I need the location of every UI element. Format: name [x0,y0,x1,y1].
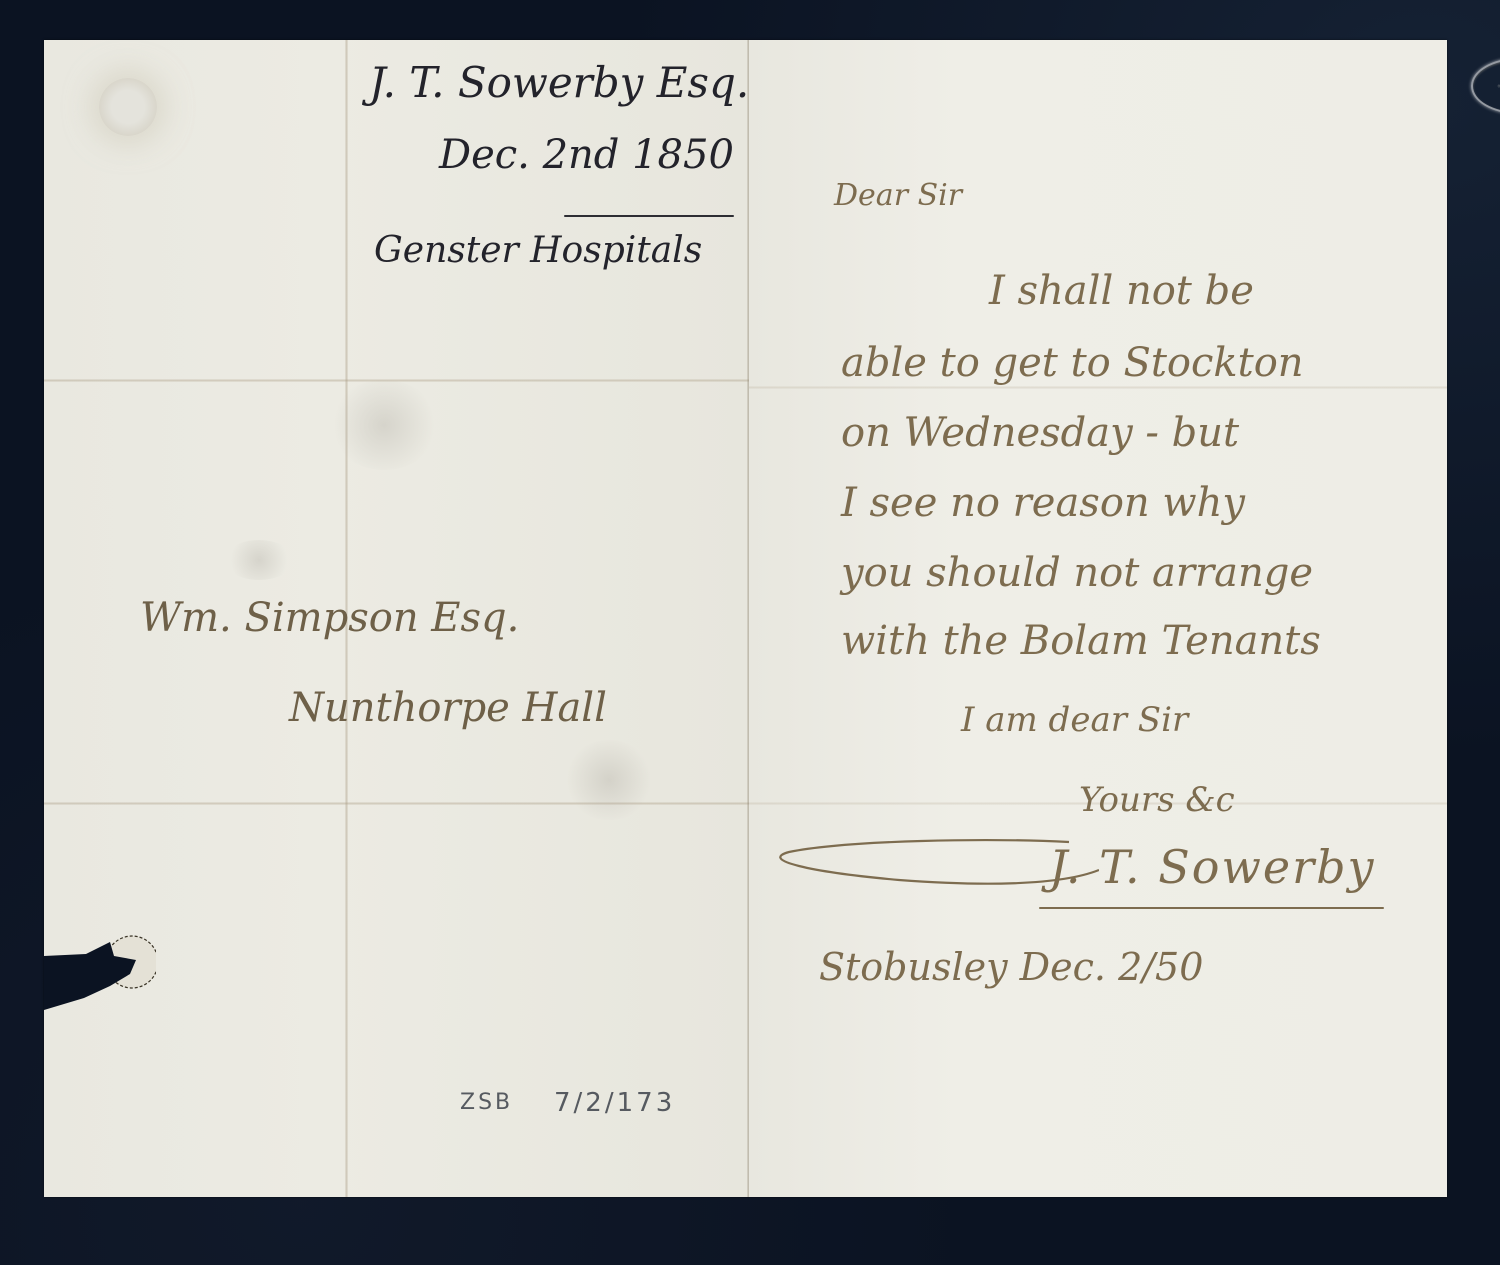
archive-number: 7/2/173 [554,1088,675,1118]
torn-seal-hole-icon [44,926,156,1016]
body-line-3: on Wednesday - but [841,410,1239,456]
archive-code: ZSB [460,1090,513,1115]
signature: J. T. Sowerby [1049,840,1376,894]
place-and-date: Stobusley Dec. 2/50 [819,945,1203,989]
ink-stain [224,540,294,580]
right-page: ◦ ◦ ◦ ◦ ◦ Dear Sir I shall not be able t… [749,40,1447,1197]
address-recipient: Wm. Simpson Esq. [140,595,519,641]
left-page: J. T. Sowerby Esq. Dec. 2nd 1850 Genster… [44,40,749,1197]
wax-seal-impression-icon [99,78,157,136]
signature-underline [1039,907,1384,909]
body-line-6: with the Bolam Tenants [841,618,1321,664]
docket-date: Dec. 2nd 1850 [439,132,734,178]
ink-stain [564,740,654,820]
body-line-5: you should not arrange [841,550,1313,596]
letter-sheet: J. T. Sowerby Esq. Dec. 2nd 1850 Genster… [44,40,1447,1197]
closing-line-1: I am dear Sir [961,700,1188,740]
docket-subject: Genster Hospitals [374,230,702,271]
salutation: Dear Sir [834,178,962,213]
address-location: Nunthorpe Hall [289,685,607,731]
body-line-4: I see no reason why [841,480,1245,526]
ink-stain [329,380,439,470]
docket-divider [564,215,734,217]
fold-line-horizontal-upper [749,386,1447,389]
docket-sender: J. T. Sowerby Esq. [369,58,749,107]
body-line-1: I shall not be [989,268,1254,314]
closing-line-2: Yours &c [1079,780,1235,820]
body-line-2: able to get to Stockton [841,340,1304,386]
